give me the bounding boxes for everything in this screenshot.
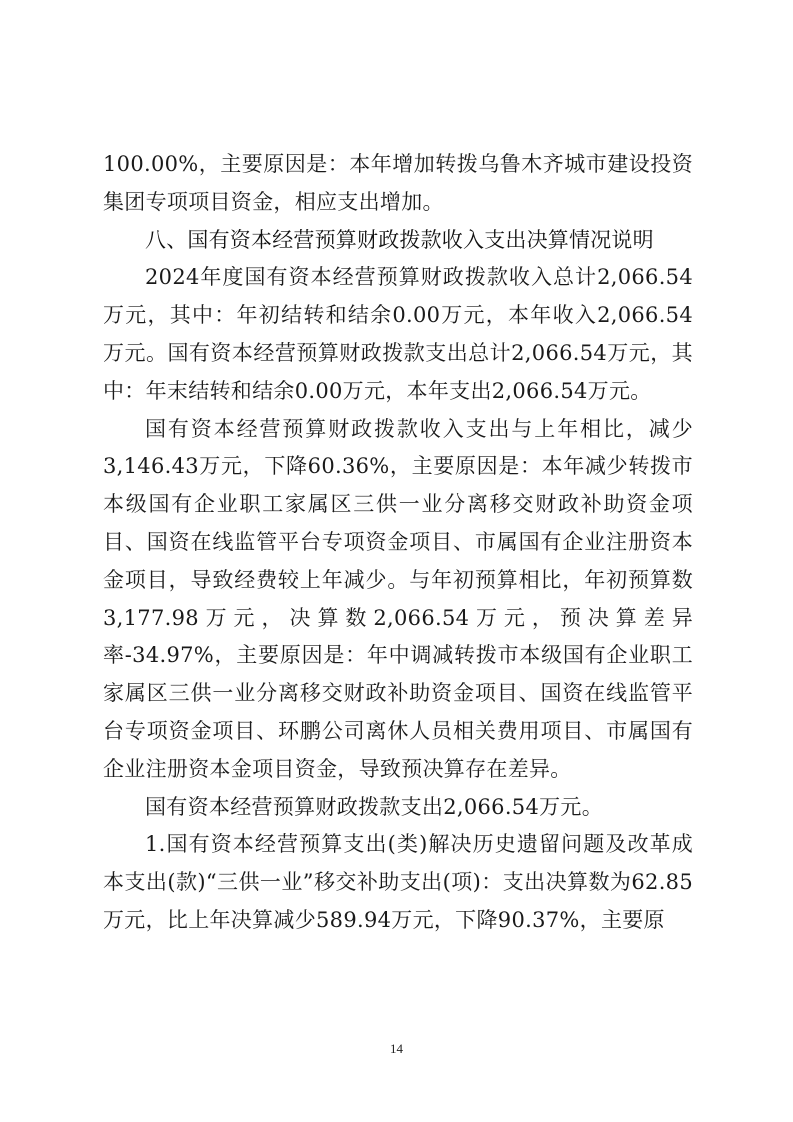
body-paragraph: 2024年度国有资本经营预算财政拨款收入总计2,066.54万元，其中：年初结转… [103, 259, 693, 410]
page-number: 14 [0, 1041, 793, 1057]
continuation-paragraph: 100.00%，主要原因是：本年增加转拨乌鲁木齐城市建设投资集团专项项目资金，相… [103, 146, 693, 222]
body-paragraph: 1.国有资本经营预算支出(类)解决历史遗留问题及改革成本支出(款)“三供一业”移… [103, 826, 693, 939]
body-paragraph: 国有资本经营预算财政拨款支出2,066.54万元。 [103, 789, 693, 827]
section-heading: 八、国有资本经营预算财政拨款收入支出决算情况说明 [103, 222, 693, 260]
body-paragraph: 国有资本经营预算财政拨款收入支出与上年相比，减少3,146.43万元，下降60.… [103, 411, 693, 789]
document-body: 100.00%，主要原因是：本年增加转拨乌鲁木齐城市建设投资集团专项项目资金，相… [103, 146, 693, 940]
document-page: 100.00%，主要原因是：本年增加转拨乌鲁木齐城市建设投资集团专项项目资金，相… [0, 0, 793, 1122]
